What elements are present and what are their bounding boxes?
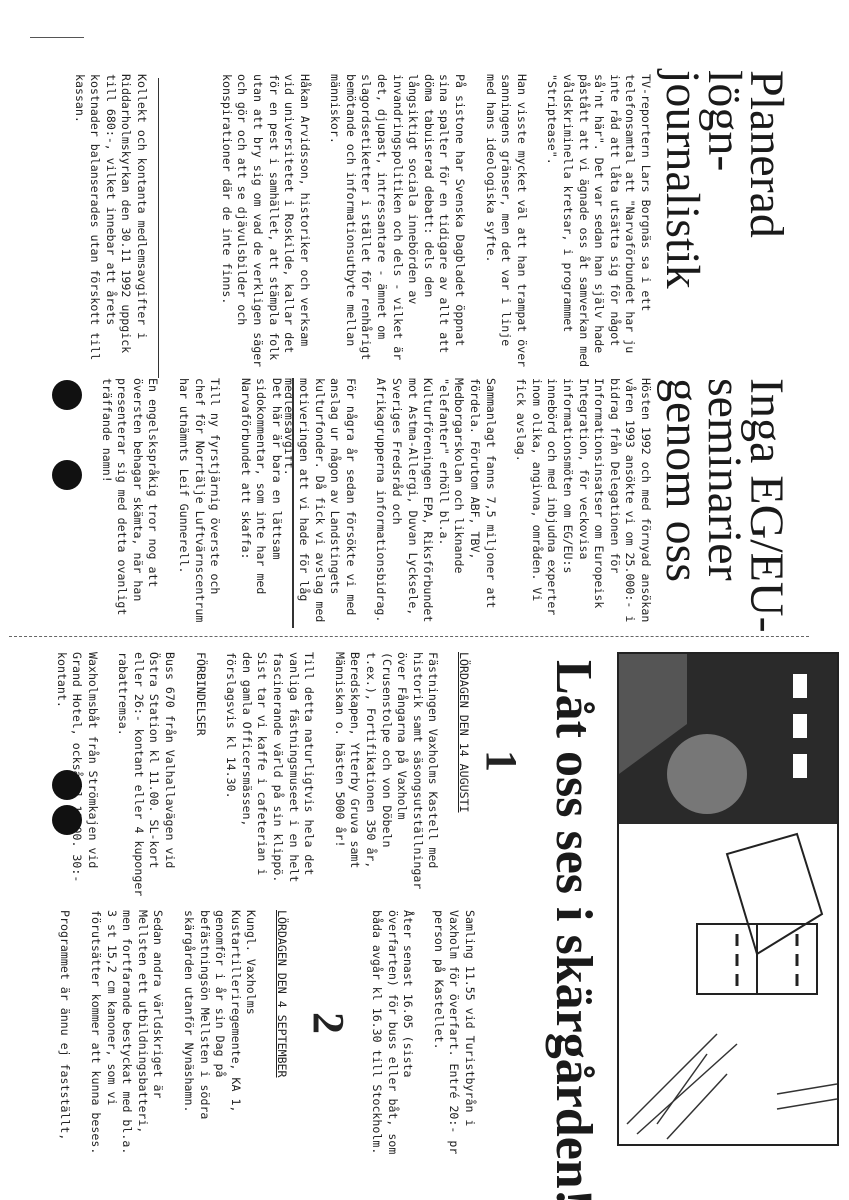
punch-hole: [52, 770, 82, 800]
footnote-divider: [158, 78, 159, 378]
event1-paragraph: Fästningen Vaxholms Kastell med historik…: [331, 652, 440, 902]
event1-body: LÖRDAGEN DEN 14 AUGUSTI Fästningen Vaxho…: [38, 652, 471, 902]
punch-hole: [52, 460, 82, 490]
footnote-text: Kollekt och kontanta medlemsavgifter i R…: [71, 74, 149, 374]
article2-body: Hösten 1992 och med förnyad ansökan våre…: [265, 378, 653, 628]
article1-paragraph: På sistone har Svenska Dagbladet öppnat …: [327, 74, 467, 374]
event2-paragraph: Programmet är ännu ej fastställt,: [57, 910, 73, 1160]
article1-headline: Planerad lögn- journalistik: [661, 70, 787, 370]
sidebar-divider: [292, 378, 294, 628]
article1-headline-line2: lögn-: [703, 70, 745, 370]
event1-heading: LÖRDAGEN DEN 14 AUGUSTI: [455, 652, 471, 902]
article1-footnote: Kollekt och kontanta medlemsavgifter i R…: [56, 74, 149, 374]
article2-paragraph: Sammanlagt fanns 7,5 miljoner att fördel…: [373, 378, 498, 628]
connections-heading: FÖRBINDELSER: [192, 652, 208, 902]
event2-paragraph: Sedan andra världskriget är Mellsten ett…: [87, 910, 165, 1160]
article1-body: TV-reportern Lars Borgnäs sa i ett telef…: [203, 74, 653, 374]
event1-meeting-info: Samling 11.55 vid Turistbyrån i Vaxholm …: [353, 910, 477, 1160]
event2-number: 2: [303, 1012, 354, 1034]
article1-paragraph: Han visste mycket väl att han trampat öv…: [482, 74, 529, 374]
event2-paragraph: Kungl. Vaxholms Kustartilleriregemente, …: [180, 910, 258, 1160]
punch-hole: [52, 805, 82, 835]
article2-headline-line1: Inga EG/EU-: [745, 378, 787, 638]
article1-headline-line3: journalistik: [661, 70, 703, 370]
article2-headline: Inga EG/EU- seminarier genom oss: [661, 378, 787, 638]
fold-line: [9, 636, 809, 638]
sidebar-paragraph: En engelskspråkig tror nog att översten …: [98, 378, 160, 628]
article2-headline-line2: seminarier: [703, 378, 745, 638]
article2-paragraph: Hösten 1992 och med förnyad ansökan våre…: [513, 378, 653, 628]
sidebar-comment: Det här är bara en lättsam sidokommentar…: [83, 378, 284, 628]
fortress-illustration: [617, 652, 839, 1146]
fortress-drawing-icon: [619, 654, 837, 1144]
sidebar-paragraph: Det här är bara en lättsam sidokommentar…: [237, 378, 284, 628]
article1-headline-line1: Planerad: [745, 70, 787, 370]
punch-hole: [52, 380, 82, 410]
event2-heading: LÖRDAGEN DEN 4 SEPTEMBER: [273, 910, 289, 1160]
article2-headline-line3: genom oss: [661, 378, 703, 638]
event1-number: 1: [476, 750, 527, 772]
meeting-paragraph: Samling 11.55 vid Turistbyrån i Vaxholm …: [430, 910, 477, 1160]
event1-paragraph: Till detta naturligtvis hela det vanliga…: [223, 652, 317, 902]
article3-headline: Låt oss ses i skärgården!: [544, 660, 603, 1200]
article1-paragraph: TV-reportern Lars Borgnäs sa i ett telef…: [544, 74, 653, 374]
meeting-paragraph: Åter senast 16.05 (sista överfarten) för…: [368, 910, 415, 1160]
connection-item: Buss 670 från Valhallavägen vid Östra St…: [115, 652, 177, 902]
sidebar-paragraph: Till ny fyrstjärnig överste och chef för…: [175, 378, 222, 628]
newsletter-sheet: Planerad lögn- journalistik TV-reportern…: [0, 0, 849, 1200]
event2-body: LÖRDAGEN DEN 4 SEPTEMBER Kungl. Vaxholms…: [42, 910, 289, 1160]
article1-paragraph: Håkan Arvidsson, historiker och verksam …: [218, 74, 312, 374]
